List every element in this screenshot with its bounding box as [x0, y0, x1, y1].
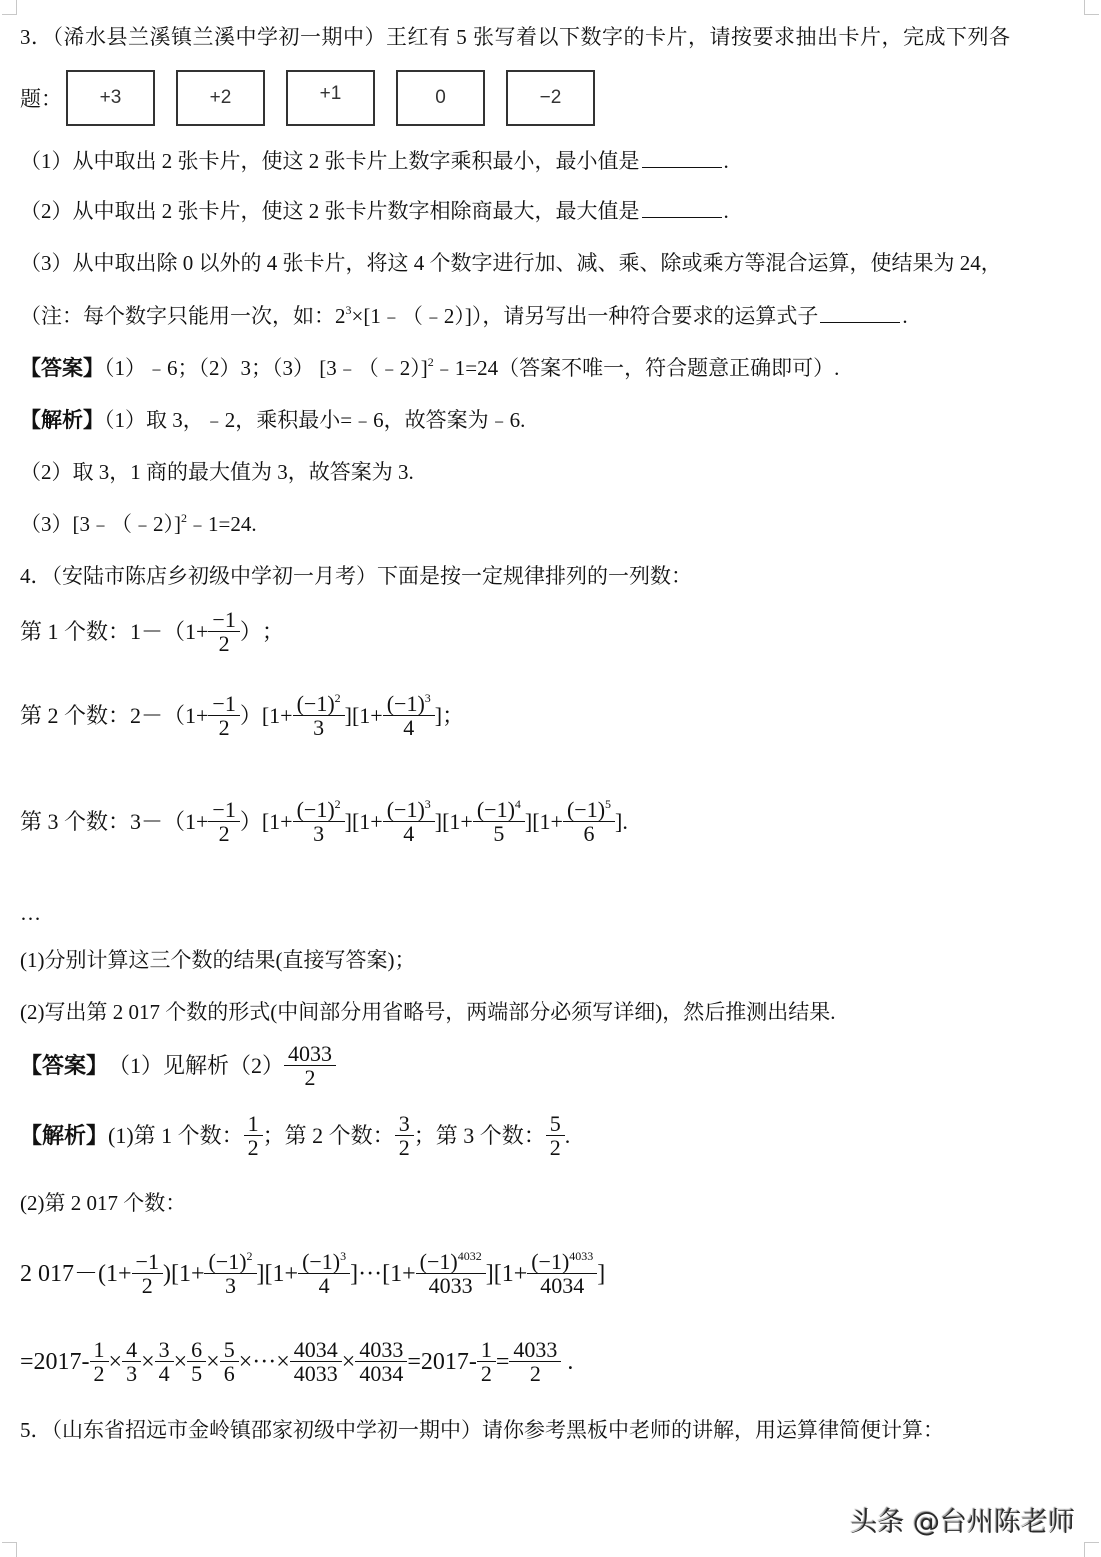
number-card: −2: [506, 70, 595, 126]
fraction: (−1)40324033: [418, 1250, 484, 1297]
fraction: −12: [210, 798, 237, 845]
fraction: (−1)23: [206, 1250, 254, 1297]
q5-stem: 5．（山东省招远市金岭镇邵家初级中学初一期中）请你参考黑板中老师的讲解，用运算律…: [20, 1417, 944, 1443]
fraction: −12: [134, 1250, 161, 1297]
q4-analysis-part2: (2)第 2 017 个数：: [20, 1190, 186, 1216]
fraction: 40344033: [292, 1338, 340, 1385]
sequence-term-2: 第 2 个数：2－（1+ −12 ）[1+ (−1)23 ][1+ (−1)34…: [20, 692, 464, 739]
watermark: 头条 @台州陈老师: [850, 1500, 1075, 1539]
page-corner-mark: [1084, 0, 1099, 15]
fraction: 34: [157, 1338, 172, 1385]
analysis-label: 【解析】: [20, 1123, 108, 1149]
fraction: −12: [210, 692, 237, 739]
fraction: 12: [92, 1338, 107, 1385]
analysis-label: 【解析】: [20, 408, 104, 432]
q3-card-row: +3 +2 +1 0 −2: [66, 70, 595, 126]
q3-analysis-2: （2）取 3，1 商的最大值为 3，故答案为 3.: [20, 459, 414, 485]
fraction: (−1)34: [385, 798, 433, 845]
fraction: −12: [210, 608, 237, 655]
q4-analysis: 【解析】 (1)第 1 个数： 12 ；第 2 个数： 32 ；第 3 个数： …: [20, 1112, 570, 1159]
q3-analysis: 【解析】（1）取 3，﹣2，乘积最小=﹣6，故答案为﹣6.: [20, 407, 525, 433]
q3-part2-text: （2）从中取出 2 张卡片，使这 2 张卡片数字相除商最大，最大值是: [20, 199, 640, 223]
q3-part1-text: （1）从中取出 2 张卡片，使这 2 张卡片上数字乘积最小，最小值是: [20, 149, 640, 173]
fraction: 32: [397, 1112, 412, 1159]
answer-label: 【答案】: [20, 1053, 108, 1079]
fraction: (−1)23: [295, 798, 343, 845]
page-corner-mark: [2, 0, 17, 15]
term-2017-calculation: =2017- 12 × 43 × 34 × 65 × 56 ×···× 4034…: [20, 1338, 573, 1385]
q3-answer: 【答案】（1）﹣6；（2）3；（3） [3﹣（﹣2）]2﹣1=24（答案不唯一，…: [20, 355, 839, 381]
fraction: 43: [124, 1338, 139, 1385]
fraction: 12: [479, 1338, 494, 1385]
number-card: 0: [396, 70, 485, 126]
fraction: 56: [222, 1338, 237, 1385]
fraction: (−1)40334034: [529, 1250, 595, 1297]
q3-part3: （3）从中取出除 0 以外的 4 张卡片，将这 4 个数字进行加、减、乘、除或乘…: [20, 250, 1002, 276]
fraction: 40332: [286, 1042, 334, 1089]
q4-stem: 4．（安陆市陈店乡初级中学初一月考）下面是按一定规律排列的一列数：: [20, 563, 692, 589]
number-card: +3: [66, 70, 155, 126]
ellipsis: …: [20, 900, 41, 926]
term-2017-expression: 2 017－(1+ −12 )[1+ (−1)23 ][1+ (−1)34 ]·…: [20, 1250, 605, 1297]
q3-stem-suffix: 题：: [20, 86, 62, 112]
number-card: +1: [286, 70, 375, 126]
q3-analysis-3: （3）[3﹣（﹣2）]2﹣1=24.: [20, 511, 257, 537]
fraction: 12: [246, 1112, 261, 1159]
q4-part1: (1)分别计算这三个数的结果(直接写答案)；: [20, 947, 415, 973]
page-corner-mark: [1084, 1542, 1099, 1557]
fraction: (−1)34: [385, 692, 433, 739]
q4-answer: 【答案】 （1）见解析（2） 40332: [20, 1042, 336, 1089]
fraction: (−1)23: [295, 692, 343, 739]
answer-label: 【答案】: [20, 356, 104, 380]
fraction: 40332: [511, 1338, 559, 1385]
sequence-term-3: 第 3 个数：3－（1+ −12 ）[1+ (−1)23 ][1+ (−1)34…: [20, 798, 628, 845]
answer-blank: [642, 199, 722, 218]
q4-part2: (2)写出第 2 017 个数的形式(中间部分用省略号，两端部分必须写详细)，然…: [20, 999, 835, 1025]
q3-stem: 3．（浠水县兰溪镇兰溪中学初一期中）王红有 5 张写着以下数字的卡片，请按要求抽…: [20, 24, 1011, 50]
page-corner-mark: [2, 1542, 17, 1557]
fraction: 65: [189, 1338, 204, 1385]
fraction: 52: [548, 1112, 563, 1159]
q3-part1: （1）从中取出 2 张卡片，使这 2 张卡片上数字乘积最小，最小值是.: [20, 148, 729, 174]
fraction: 40334034: [357, 1338, 405, 1385]
sequence-term-1: 第 1 个数：1－（1+ −12 ）；: [20, 608, 284, 655]
q3-note: （注：每个数字只能用一次，如：23×[1﹣（﹣2）]），请另写出一种符合要求的运…: [20, 303, 908, 329]
fraction: (−1)56: [565, 798, 613, 845]
answer-blank: [642, 149, 722, 168]
number-card: +2: [176, 70, 265, 126]
q3-part2: （2）从中取出 2 张卡片，使这 2 张卡片数字相除商最大，最大值是.: [20, 198, 729, 224]
fraction: (−1)34: [300, 1250, 348, 1297]
fraction: (−1)45: [475, 798, 523, 845]
answer-blank: [820, 304, 900, 323]
